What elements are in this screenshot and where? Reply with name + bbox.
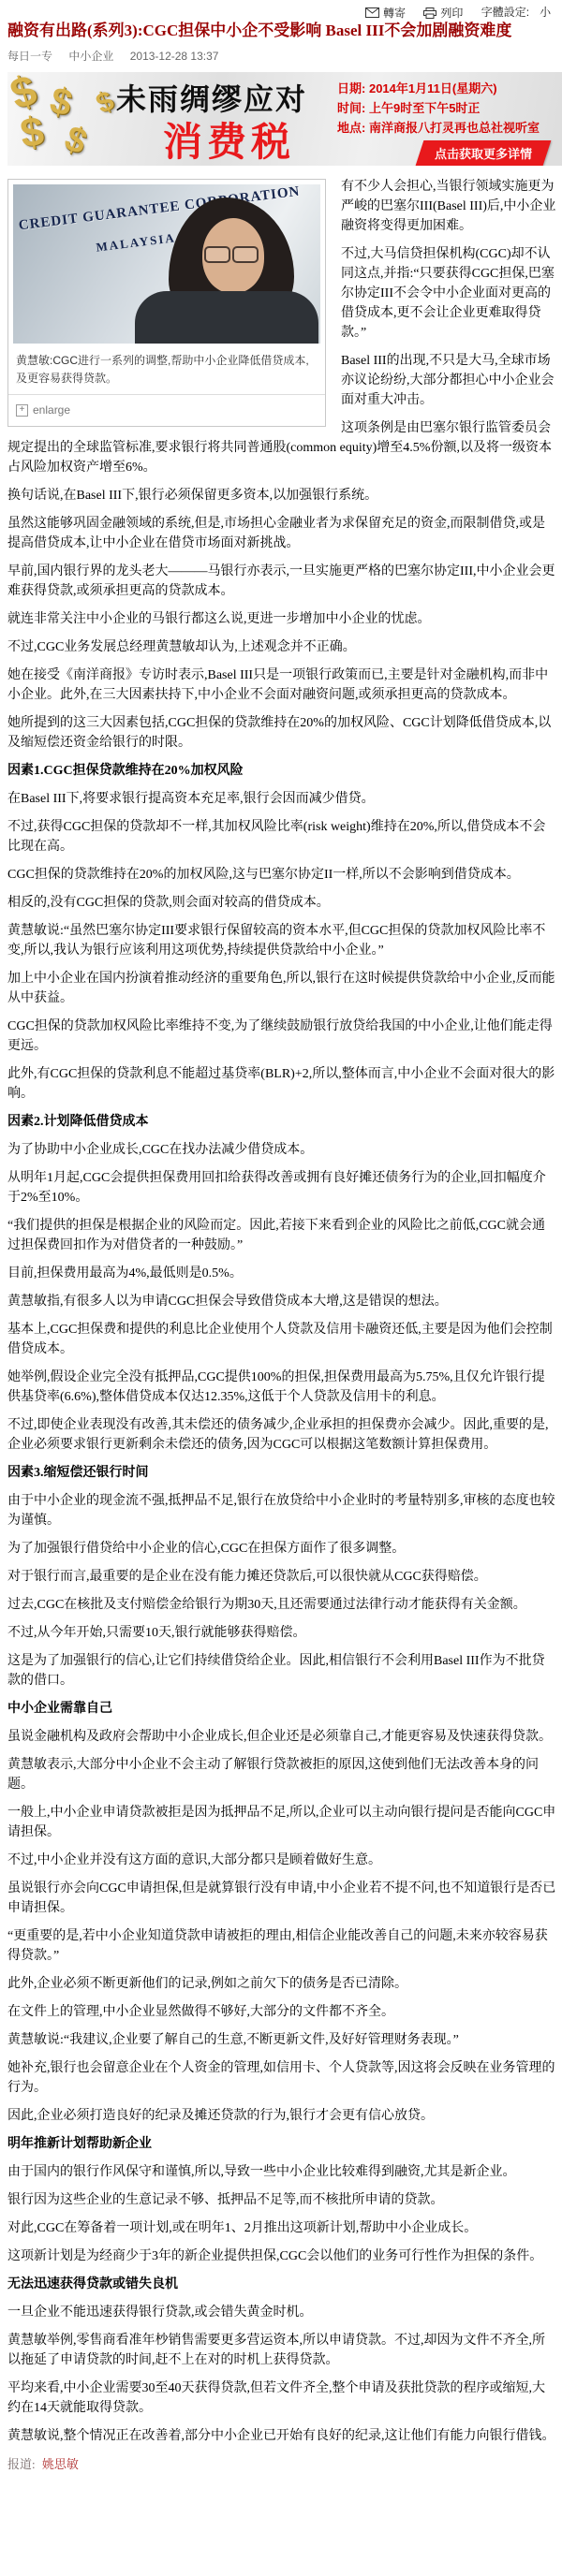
banner-event-info: 日期: 2014年1月11日(星期六) 时间: 上午9时至下午5时正 地点: 南…	[337, 79, 540, 138]
timestamp: 2013-12-28 13:37	[130, 50, 219, 63]
enlarge-plus-icon: +	[16, 404, 28, 417]
article-body: 有不少人会担心,当银行领域实施更为严峻的巴塞尔III(Basel III)后,中…	[7, 177, 556, 2446]
article-paragraph: 她举例,假设企业完全没有抵押品,CGC提供100%的担保,担保费用最高为5.75…	[7, 1368, 556, 1407]
font-setting-label: 字體設定:	[481, 4, 529, 20]
banner-time-line: 时间: 上午9时至下午5时正	[337, 98, 540, 118]
article-paragraph: 她所提到的这三大因素包括,CGC担保的贷款维持在20%的加权风险、CGC计划降低…	[7, 713, 556, 753]
envelope-icon	[365, 6, 379, 19]
article-paragraph: 在文件上的管理,中小企业显然做得不够好,大部分的文件都不齐全。	[7, 2002, 556, 2022]
forward-label: 轉寄	[383, 5, 406, 21]
article-paragraph: 不过,从今年开始,只需要10天,银行就能够获得赔偿。	[7, 1623, 556, 1643]
article-heading: 因素2.计划降低借贷成本	[7, 1112, 556, 1132]
article-paragraph: 在Basel III下,将要求银行提高资本充足率,银行会因而减少借贷。	[7, 789, 556, 809]
article-photo-box: CREDIT GUARANTEE CORPORATION MALAYSIA BE…	[7, 179, 326, 427]
article-paragraph: 由于中小企业的现金流不强,抵押品不足,银行在放贷给中小企业时的考量特别多,审核的…	[7, 1491, 556, 1530]
subcategory-link[interactable]: 中小企业	[68, 50, 113, 63]
banner-headline-red: 消费税	[163, 111, 295, 166]
article-paragraph: 黄慧敏表示,大部分中小企业不会主动了解银行贷款被拒的原因,这使到他们无法改善本身…	[7, 1755, 556, 1794]
article-heading: 因素3.缩短偿还银行时间	[7, 1463, 556, 1483]
article-paragraph: 为了协助中小企业成长,CGC在找办法减少借贷成本。	[7, 1140, 556, 1160]
article-paragraph: 她补充,银行也会留意企业在个人资金的管理,如信用卡、个人贷款等,因这将会反映在业…	[7, 2058, 556, 2098]
page-title: 融资有出路(系列3):CGC担保中小企不受影响 Basel III不会加剧融资难…	[7, 21, 562, 41]
article-paragraph: 目前,担保费用最高为4%,最低则是0.5%。	[7, 1264, 556, 1283]
article-paragraph: 为了加强银行借贷给中小企业的信心,CGC在担保方面作了很多调整。	[7, 1539, 556, 1559]
article-heading: 因素1.CGC担保贷款维持在20%加权风险	[7, 761, 556, 781]
article-paragraph: 因此,企业必须打造良好的纪录及摊还贷款的行为,银行才会更有信心放贷。	[7, 2106, 556, 2126]
font-setting: 字體設定: 小 中 大	[481, 4, 562, 20]
article-paragraph: 虽说银行亦会向CGC申请担保,但是就算银行没有申请,中小企业若不提不问,也不知道…	[7, 1879, 556, 1918]
article-paragraph: 此外,企业必须不断更新他们的记录,例如之前欠下的债务是否已清除。	[7, 1974, 556, 1994]
banner-cta-button[interactable]: 点击获取更多详情	[416, 140, 552, 166]
article-paragraph: 从明年1月起,CGC会提供担保费用回扣给获得改善或拥有良好摊还债务行为的企业,回…	[7, 1168, 556, 1207]
photo-caption: 黄慧敏:CGC进行一系列的调整,帮助中小企业降低借贷成本,及更容易获得贷款。	[8, 348, 325, 395]
article-paragraph: 这项新计划是为经商少于3年的新企业提供担保,CGC会以他们的业务可行性作为担保的…	[7, 2247, 556, 2266]
article-paragraph: CGC担保的贷款维持在20%的加权风险,这与巴塞尔协定II一样,所以不会影响到借…	[7, 865, 556, 885]
printer-icon	[423, 6, 436, 19]
banner-date-line: 日期: 2014年1月11日(星期六)	[337, 79, 540, 98]
article-paragraph: 不过,获得CGC担保的贷款却不一样,其加权风险比率(risk weight)维持…	[7, 817, 556, 856]
print-label: 列印	[440, 5, 463, 21]
ad-banner[interactable]: $ $ $ $ $ 未雨绸缪应对 消费税 日期: 2014年1月11日(星期六)…	[7, 72, 562, 166]
article-paragraph: 基本上,CGC担保费和提供的利息比企业使用个人贷款及信用卡融资还低,主要是因为他…	[7, 1320, 556, 1359]
byline: 报道: 姚思敏	[7, 2454, 556, 2474]
article-paragraph: CGC担保的贷款加权风险比率维持不变,为了继续鼓励银行放贷给我国的中小企业,让他…	[7, 1017, 556, 1056]
article-paragraph: 黄慧敏说:“我建议,企业要了解自己的生意,不断更新文件,及好好管理财务表现。”	[7, 2030, 556, 2050]
article-paragraph: 对于银行而言,最重要的是企业在没有能力摊还贷款后,可以很快就从CGC获得赔偿。	[7, 1567, 556, 1587]
article-paragraph: 不过,中小企业并没有这方面的意识,大部分都只是顾着做好生意。	[7, 1851, 556, 1870]
article-paragraph: 黄慧敏说,整个情况正在改善着,部分中小企业已开始有良好的纪录,这让他们有能力向银…	[7, 2426, 556, 2446]
byline-name: 姚思敏	[42, 2457, 79, 2471]
article-paragraph: 她在接受《南洋商报》专访时表示,Basel III只是一项银行政策而已,主要是针…	[7, 666, 556, 705]
article-heading: 中小企业需靠自己	[7, 1699, 556, 1719]
article-paragraph: 不过,即使企业表现没有改善,其未偿还的债务减少,企业承担的担保费亦会减少。因此,…	[7, 1415, 556, 1455]
category-link[interactable]: 每日一专	[7, 50, 52, 63]
article-heading: 明年推新计划帮助新企业	[7, 2134, 556, 2154]
page: 融资有出路(系列3):CGC担保中小企不受影响 Basel III不会加剧融资难…	[0, 0, 562, 2474]
article-paragraph: 黄慧敏举例,零售商看准年杪销售需要更多营运资本,所以申请贷款。不过,却因为文件不…	[7, 2331, 556, 2370]
person-jacket-graphic	[135, 291, 318, 344]
article-paragraph: 一般上,中小企业申请贷款被拒是因为抵押品不足,所以,企业可以主动向银行提问是否能…	[7, 1803, 556, 1842]
article-paragraph: “我们提供的担保是根据企业的风险而定。因此,若接下来看到企业的风险比之前低,CG…	[7, 1216, 556, 1255]
article-paragraph: 平均来看,中小企业需要30至40天获得贷款,但若文件齐全,整个申请及获批贷款的程…	[7, 2378, 556, 2418]
article-heading: 无法迅速获得贷款或错失良机	[7, 2275, 556, 2294]
article-photo: CREDIT GUARANTEE CORPORATION MALAYSIA BE…	[13, 184, 320, 344]
article-paragraph: 虽说金融机构及政府会帮助中小企业成长,但企业还是必须靠自己,才能更容易及快速获得…	[7, 1727, 556, 1747]
toolbar: 轉寄 列印 字體設定: 小 中 大	[365, 4, 562, 21]
article-paragraph: 此外,有CGC担保的贷款利息不能超过基贷率(BLR)+2,所以,整体而言,中小企…	[7, 1064, 556, 1104]
article-paragraph: 相反的,没有CGC担保的贷款,则会面对较高的借贷成本。	[7, 893, 556, 913]
article-paragraph: 这项条例是由巴塞尔银行监管委员会规定提出的全球监管标准,要求银行将共同普通股(c…	[7, 418, 556, 477]
article-paragraph: “更重要的是,若中小企业知道贷款申请被拒的理由,相信企业能改善自己的问题,未来亦…	[7, 1926, 556, 1966]
article-paragraph: 黄慧敏说:“虽然巴塞尔协定III要求银行保留较高的资本水平,但CGC担保的贷款加…	[7, 921, 556, 960]
banner-cta-label: 点击获取更多详情	[435, 144, 532, 162]
article-paragraph: 虽然这能够巩固金融领域的系统,但是,市场担心金融业者为求保留充足的资金,而限制借…	[7, 514, 556, 553]
font-size-small[interactable]: 小	[540, 4, 551, 20]
article-paragraph: 换句话说,在Basel III下,银行必须保留更多资本,以加强银行系统。	[7, 486, 556, 505]
person-glasses-graphic	[204, 246, 262, 261]
byline-label: 报道:	[7, 2457, 36, 2471]
article-paragraph: 早前,国内银行界的龙头老大———马银行亦表示,一旦实施更严格的巴塞尔协定III,…	[7, 562, 556, 601]
enlarge-link[interactable]: + enlarge	[8, 395, 325, 426]
article-meta: 每日一专 中小企业 2013-12-28 13:37	[7, 48, 562, 64]
print-link[interactable]: 列印	[423, 5, 463, 21]
article: CREDIT GUARANTEE CORPORATION MALAYSIA BE…	[7, 177, 556, 2474]
forward-link[interactable]: 轉寄	[365, 5, 406, 21]
article-paragraph: 就连非常关注中小企业的马银行都这么说,更进一步增加中小企业的忧虑。	[7, 609, 556, 629]
article-paragraph: 不过,CGC业务发展总经理黄慧敏却认为,上述观念并不正确。	[7, 637, 556, 657]
article-paragraph: 对此,CGC在筹备着一项计划,或在明年1、2月推出这项新计划,帮助中小企业成长。	[7, 2218, 556, 2238]
enlarge-label: enlarge	[33, 401, 70, 420]
article-paragraph: 由于国内的银行作风保守和谨慎,所以,导致一些中小企业比较难得到融资,尤其是新企业…	[7, 2162, 556, 2182]
article-paragraph: 黄慧敏指,有很多人以为申请CGC担保会导致借贷成本大增,这是错误的想法。	[7, 1292, 556, 1311]
article-paragraph: 这是为了加强银行的信心,让它们持续借贷给企业。因此,相信银行不会利用Basel …	[7, 1651, 556, 1690]
article-paragraph: 过去,CGC在核批及支付赔偿金给银行为期30天,且还需要通过法律行动才能获得有关…	[7, 1595, 556, 1615]
article-paragraph: 加上中小企业在国内扮演着推动经济的重要角色,所以,银行在这时候提供贷款给中小企业…	[7, 969, 556, 1008]
article-paragraph: 银行因为这些企业的生意记录不够、抵押品不足等,而不核批所申请的贷款。	[7, 2190, 556, 2210]
article-paragraph: 一旦企业不能迅速获得银行贷款,或会错失黄金时机。	[7, 2303, 556, 2322]
banner-venue-line: 地点: 南洋商报八打灵再也总社视听室	[337, 118, 540, 138]
